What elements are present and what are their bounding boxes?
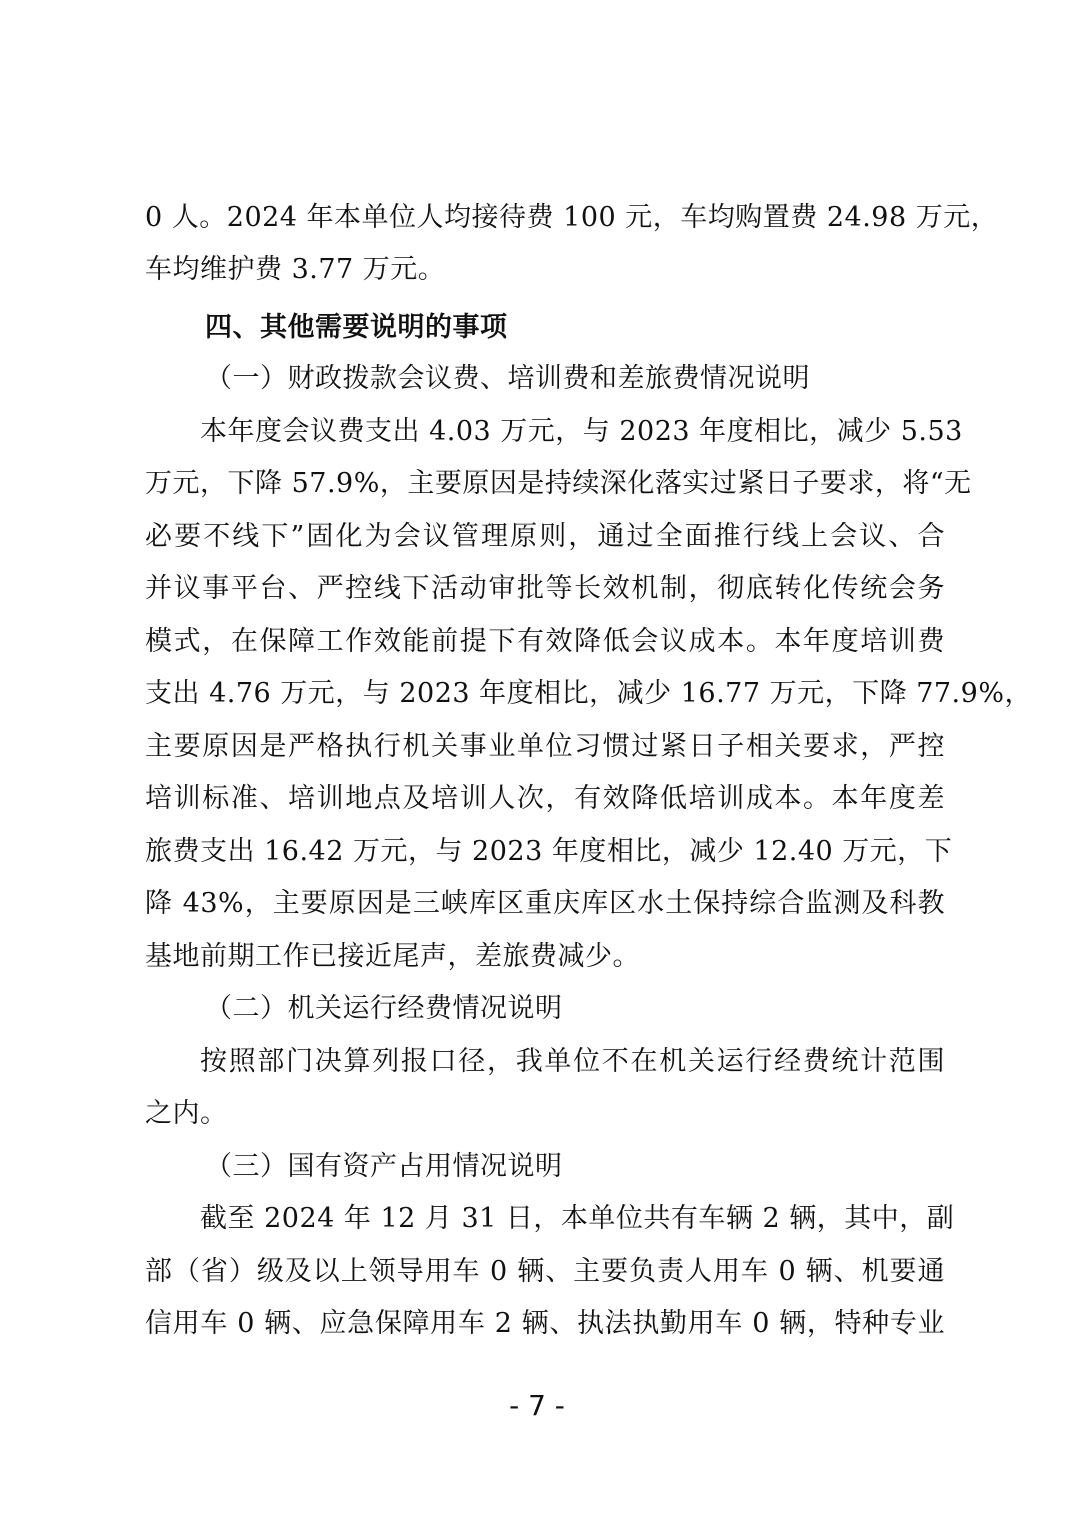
subsection-heading: （二）机关运行经费情况说明 bbox=[205, 991, 1005, 1027]
paragraph-line: 按照部门决算列报口径，我单位不在机关运行经费统计范围 bbox=[200, 1044, 945, 1080]
paragraph-line: 万元，下降 57.9%，主要原因是持续深化落实过紧日子要求，将“无 bbox=[145, 466, 945, 502]
page-number: - 7 - bbox=[0, 1388, 1074, 1424]
paragraph-line: 并议事平台、严控线下活动审批等长效机制，彻底转化传统会务 bbox=[145, 571, 945, 607]
paragraph-line: 降 43%，主要原因是三峡库区重庆库区水土保持综合监测及科教 bbox=[145, 886, 945, 922]
paragraph-line: 支出 4.76 万元，与 2023 年度相比，减少 16.77 万元，下降 77… bbox=[145, 676, 945, 712]
paragraph-line: 部（省）级及以上领导用车 0 辆、主要负责人用车 0 辆、机要通 bbox=[145, 1254, 945, 1290]
paragraph-line: 截至 2024 年 12 月 31 日，本单位共有车辆 2 辆，其中，副 bbox=[200, 1201, 945, 1237]
paragraph-line: 旅费支出 16.42 万元，与 2023 年度相比，减少 12.40 万元，下 bbox=[145, 834, 945, 870]
paragraph-line: 基地前期工作已接近尾声，差旅费减少。 bbox=[145, 939, 945, 975]
paragraph-line: 模式，在保障工作效能前提下有效降低会议成本。本年度培训费 bbox=[145, 624, 945, 660]
subsection-heading: （三）国有资产占用情况说明 bbox=[205, 1149, 1005, 1185]
paragraph-line: 车均维护费 3.77 万元。 bbox=[145, 252, 945, 288]
paragraph-line: 本年度会议费支出 4.03 万元，与 2023 年度相比，减少 5.53 bbox=[200, 414, 945, 450]
paragraph-line: 0 人。2024 年本单位人均接待费 100 元，车均购置费 24.98 万元， bbox=[145, 200, 945, 236]
paragraph-line: 信用车 0 辆、应急保障用车 2 辆、执法执勤用车 0 辆，特种专业 bbox=[145, 1306, 945, 1342]
section-heading: 四、其他需要说明的事项 bbox=[205, 310, 1005, 346]
document-page: 0 人。2024 年本单位人均接待费 100 元，车均购置费 24.98 万元，… bbox=[0, 0, 1074, 1520]
paragraph-line: 之内。 bbox=[145, 1096, 945, 1132]
paragraph-line: 培训标准、培训地点及培训人次，有效降低培训成本。本年度差 bbox=[145, 781, 945, 817]
subsection-heading: （一）财政拨款会议费、培训费和差旅费情况说明 bbox=[205, 361, 1005, 397]
paragraph-line: 主要原因是严格执行机关事业单位习惯过紧日子相关要求，严控 bbox=[145, 729, 945, 765]
paragraph-line: 必要不线下”固化为会议管理原则，通过全面推行线上会议、合 bbox=[145, 519, 945, 555]
